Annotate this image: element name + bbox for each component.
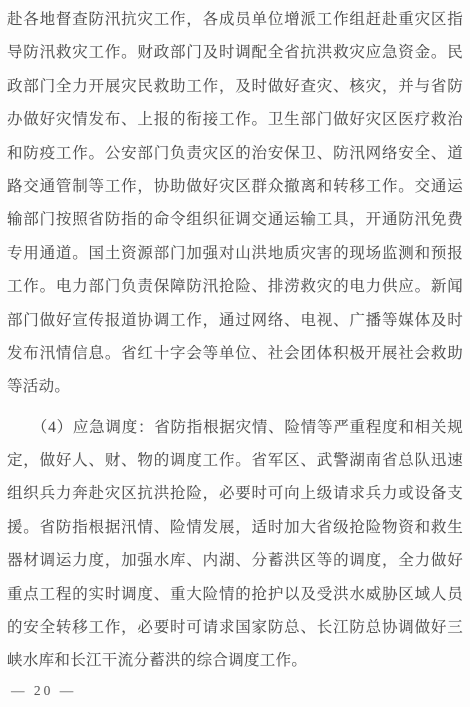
- text-line: 专用通道。国土资源部门加强对山洪地质灾害的现场监测和预报: [7, 237, 463, 270]
- text-line: 路交通管制等工作，协助做好灾区群众撤离和转移工作。交通运: [7, 170, 463, 203]
- text-line: 工作。电力部门负责保障防汛抢险、排涝救灾的电力供应。新闻: [7, 270, 463, 303]
- page-footer: — 20 —: [11, 683, 76, 699]
- text-line: 导防汛救灾工作。财政部门及时调配全省抗洪救灾应急资金。民: [7, 36, 463, 69]
- text-line: 组织兵力奔赴灾区抗洪抢险，必要时可向上级请求兵力或设备支: [7, 477, 463, 510]
- text-line: 政部门全力开展灾民救助工作，及时做好查灾、核灾，并与省防: [7, 70, 463, 103]
- paragraph-continuation: 赴各地督查防汛抗灾工作，各成员单位增派工作组赶赴重灾区指 导防汛救灾工作。财政部…: [7, 3, 463, 404]
- text-line: 的安全转移工作，必要时可请求国家防总、长江防总协调做好三: [7, 611, 463, 644]
- text-line: 部门做好宣传报道协调工作，通过网络、电视、广播等媒体及时: [7, 304, 463, 337]
- text-line: （4）应急调度：省防指根据灾情、险情等严重程度和相关规: [7, 411, 463, 444]
- text-line: 输部门按照省防指的命令组织征调交通运输工具，开通防汛免费: [7, 203, 463, 236]
- text-line: 定，做好人、财、物的调度工作。省军区、武警湖南省总队迅速: [7, 444, 463, 477]
- text-line: 发布汛情信息。省红十字会等单位、社会团体积极开展社会救助: [7, 337, 463, 370]
- text-line: 峡水库和长江干流分蓄洪的综合调度工作。: [7, 644, 463, 677]
- paragraph-item-4-emergency-dispatch: （4）应急调度：省防指根据灾情、险情等严重程度和相关规 定，做好人、财、物的调度…: [7, 411, 463, 678]
- text-line: 器材调运力度，加强水库、内湖、分蓄洪区等的调度，全力做好: [7, 544, 463, 577]
- body-text: 赴各地督查防汛抗灾工作，各成员单位增派工作组赶赴重灾区指 导防汛救灾工作。财政部…: [7, 3, 463, 678]
- text-line: 和防疫工作。公安部门负责灾区的治安保卫、防汛网络安全、道: [7, 137, 463, 170]
- text-line: 办做好灾情发布、上报的衔接工作。卫生部门做好灾区医疗救治: [7, 103, 463, 136]
- text-line: 援。省防指根据汛情、险情发展，适时加大省级抢险物资和救生: [7, 511, 463, 544]
- text-line: 等活动。: [7, 370, 463, 403]
- page-number: — 20 —: [11, 683, 76, 698]
- scanned-document-page: 赴各地督查防汛抗灾工作，各成员单位增派工作组赶赴重灾区指 导防汛救灾工作。财政部…: [0, 0, 470, 707]
- text-line: 赴各地督查防汛抗灾工作，各成员单位增派工作组赶赴重灾区指: [7, 3, 463, 36]
- text-line: 重点工程的实时调度、重大险情的抢护以及受洪水威胁区域人员: [7, 578, 463, 611]
